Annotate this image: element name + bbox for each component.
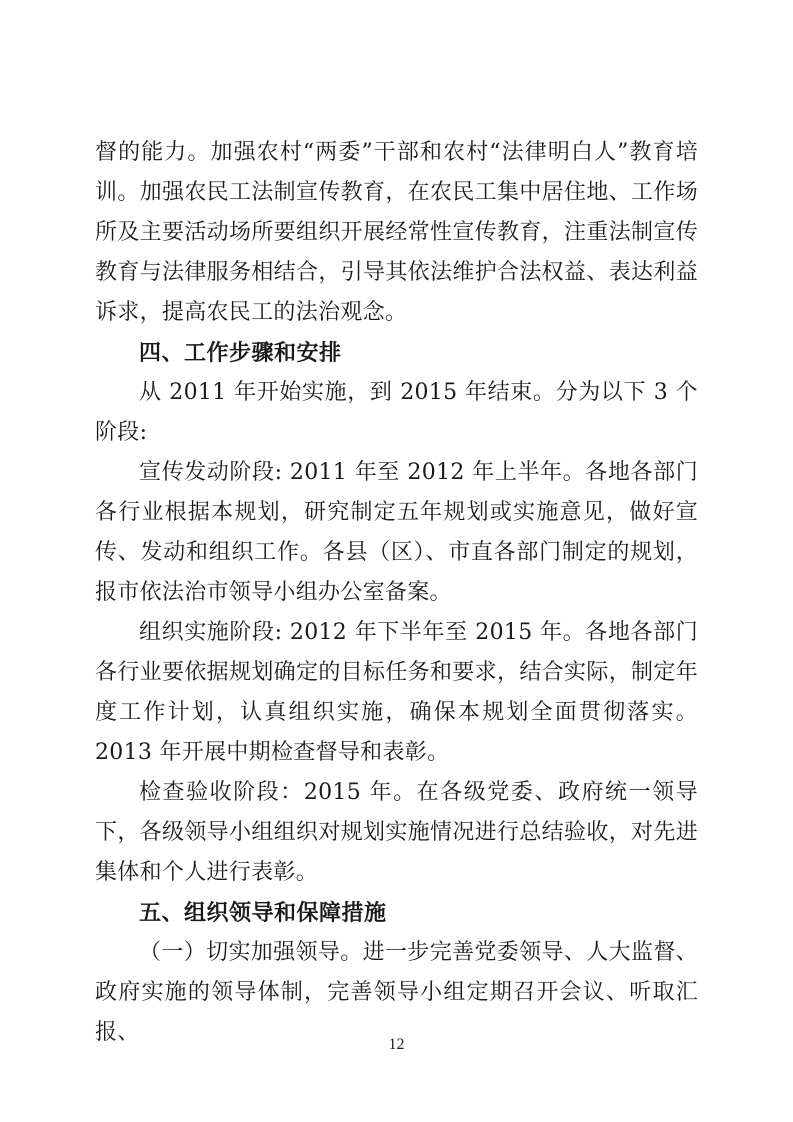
document-page: 督的能力。加强农村“两委”干部和农村“法律明白人”教育培训。加强农民工法制宣传教…: [0, 0, 793, 1122]
document-body: 督的能力。加强农村“两委”干部和农村“法律明白人”教育培训。加强农民工法制宣传教…: [95, 133, 698, 1053]
page-number: 12: [0, 1034, 793, 1056]
body-paragraph-phase-2: 组织实施阶段: 2012 年下半年至 2015 年。各地各部门各行业要依据规划确…: [95, 613, 698, 773]
body-paragraph-timeline: 从 2011 年开始实施，到 2015 年结束。分为以下 3 个阶段:: [95, 373, 698, 453]
body-paragraph-phase-1: 宣传发动阶段: 2011 年至 2012 年上半年。各地各部门各行业根据本规划，…: [95, 453, 698, 613]
body-paragraph-phase-3: 检查验收阶段：2015 年。在各级党委、政府统一领导下，各级领导小组组织对规划实…: [95, 773, 698, 893]
section-heading-5: 五、组织领导和保障措施: [95, 893, 698, 933]
section-heading-4: 四、工作步骤和安排: [95, 333, 698, 373]
body-paragraph-continuation: 督的能力。加强农村“两委”干部和农村“法律明白人”教育培训。加强农民工法制宣传教…: [95, 133, 698, 333]
